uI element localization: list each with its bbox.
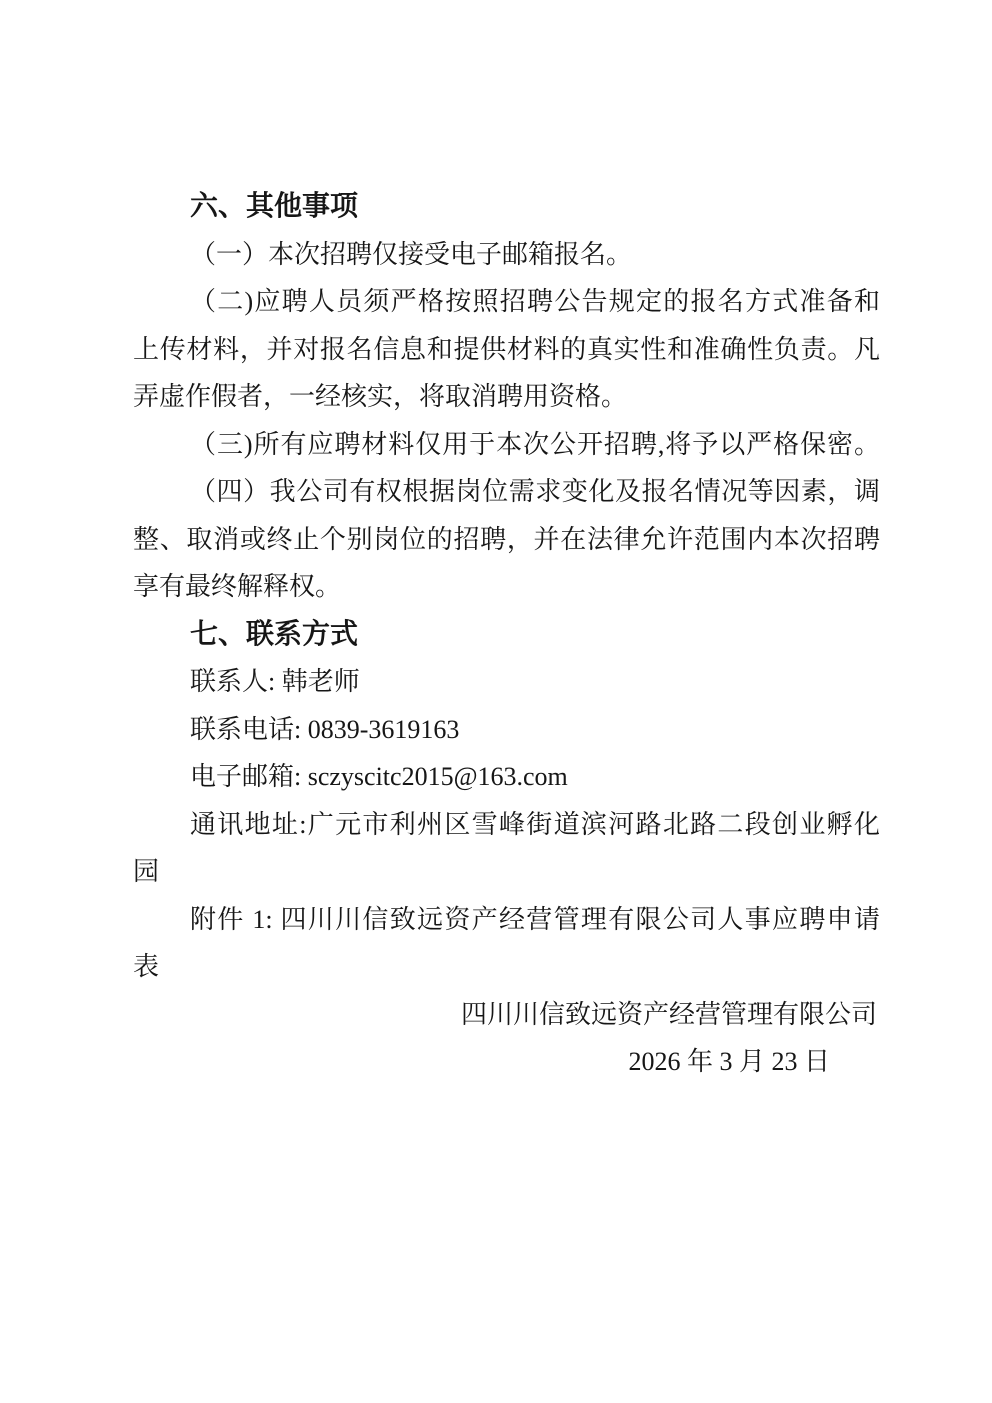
para-item-4-line-1: （四）我公司有权根据岗位需求变化及报名情况等因素，调: [133, 468, 880, 516]
para-item-4-line-3: 享有最终解释权。: [133, 563, 880, 611]
attachment-line-2: 表: [133, 943, 880, 991]
para-item-2-line-3: 弄虚作假者，一经核实，将取消聘用资格。: [133, 373, 880, 421]
section-heading-other-matters: 六、其他事项: [133, 183, 880, 231]
para-item-3: （三)所有应聘材料仅用于本次公开招聘,将予以严格保密。: [133, 421, 880, 469]
para-item-2-line-1: （二)应聘人员须严格按照招聘公告规定的报名方式准备和: [133, 278, 880, 326]
document-page: 六、其他事项 （一）本次招聘仅接受电子邮箱报名。 （二)应聘人员须严格按照招聘公…: [0, 0, 992, 1403]
contact-phone-line: 联系电话: 0839-3619163: [133, 706, 880, 754]
document-body: 六、其他事项 （一）本次招聘仅接受电子邮箱报名。 （二)应聘人员须严格按照招聘公…: [133, 183, 880, 1086]
contact-address-line-2: 园: [133, 848, 880, 896]
para-item-4-line-2: 整、取消或终止个别岗位的招聘，并在法律允许范围内本次招聘: [133, 516, 880, 564]
attachment-line-1: 附件 1: 四川川信致远资产经营管理有限公司人事应聘申请: [133, 896, 880, 944]
section-heading-contact: 七、联系方式: [133, 611, 880, 659]
contact-address-line-1: 通讯地址:广元市利州区雪峰街道滨河路北路二段创业孵化: [133, 801, 880, 849]
para-item-1: （一）本次招聘仅接受电子邮箱报名。: [133, 231, 880, 279]
contact-email-line: 电子邮箱: sczyscitc2015@163.com: [133, 753, 880, 801]
contact-person-line: 联系人: 韩老师: [133, 658, 880, 706]
signature-date: 2026 年 3 月 23 日: [133, 1038, 880, 1086]
para-item-2-line-2: 上传材料，并对报名信息和提供材料的真实性和准确性负责。凡: [133, 326, 880, 374]
company-signature: 四川川信致远资产经营管理有限公司: [133, 991, 880, 1039]
